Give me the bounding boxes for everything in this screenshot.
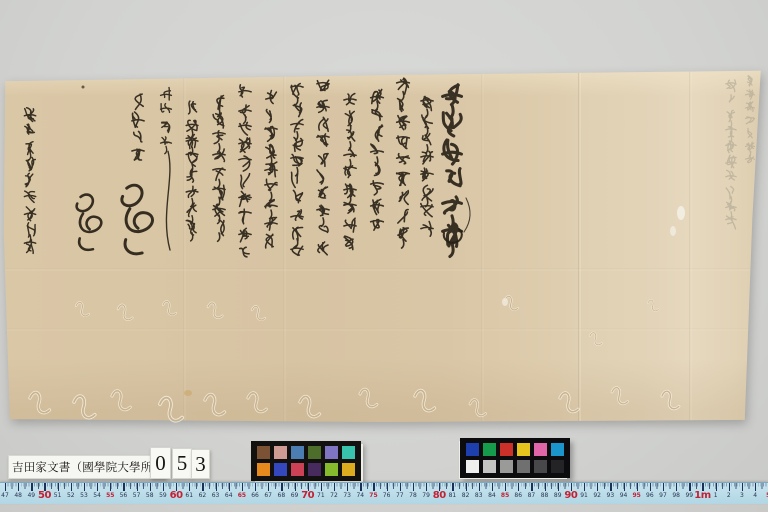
ruler-number: 94 xyxy=(620,493,628,499)
ruler-number: 54 xyxy=(93,493,101,499)
ruler-tick xyxy=(216,483,217,491)
ruler-tick xyxy=(492,483,493,491)
ruler-number: 95 xyxy=(632,493,640,499)
ruler-tick xyxy=(755,483,756,491)
ruler-tick xyxy=(242,483,243,491)
ruler-tick xyxy=(466,483,467,491)
ruler-number: 63 xyxy=(212,493,220,499)
ruler-number: 1 xyxy=(714,493,718,499)
ruler-number: 83 xyxy=(475,493,483,499)
color-chart-right xyxy=(460,438,570,478)
ruler-tick xyxy=(347,483,348,491)
color-chip xyxy=(534,460,547,473)
color-chip xyxy=(500,460,513,473)
ruler-number: 60 xyxy=(170,491,183,501)
ruler-number: 88 xyxy=(541,493,549,499)
ruler-tick xyxy=(202,483,203,491)
ruler-tick xyxy=(110,483,111,491)
ruler-number: 78 xyxy=(409,493,417,499)
ruler-number: 61 xyxy=(185,493,193,499)
color-chip xyxy=(517,460,530,473)
ruler-number: 84 xyxy=(488,493,496,499)
ruler-number: 67 xyxy=(264,493,272,499)
ruler-tick xyxy=(229,483,230,491)
ruler-tick xyxy=(150,483,151,491)
ruler-number: 72 xyxy=(330,493,338,499)
ruler-tick xyxy=(5,483,6,491)
ruler-number: 80 xyxy=(433,491,446,501)
ruler-number: 56 xyxy=(120,493,128,499)
ruler-tick xyxy=(268,483,269,491)
ruler-tick xyxy=(716,483,717,491)
ruler-number: 74 xyxy=(356,493,364,499)
ruler-number: 75 xyxy=(369,493,377,499)
ruler-tick xyxy=(58,483,59,491)
ruler-tick xyxy=(545,483,546,491)
color-chip xyxy=(466,460,479,473)
ruler-tick xyxy=(189,483,190,491)
ruler-number: 98 xyxy=(672,493,680,499)
color-chip xyxy=(483,460,496,473)
ruler-number: 58 xyxy=(146,493,154,499)
ruler-tick xyxy=(663,483,664,491)
ruler-number: 89 xyxy=(554,493,562,499)
fold-crease xyxy=(578,70,581,422)
ruler-number: 64 xyxy=(225,493,233,499)
color-chart-left xyxy=(251,441,361,481)
ruler-tick xyxy=(584,483,585,491)
color-chip xyxy=(500,443,513,456)
ruler-tick xyxy=(387,483,388,491)
color-chip xyxy=(291,446,304,459)
ruler-tick xyxy=(321,483,322,491)
color-chip xyxy=(551,443,564,456)
ruler-number: 91 xyxy=(580,493,588,499)
ruler-tick xyxy=(400,483,401,491)
ruler-tick xyxy=(84,483,85,491)
ruler-number: 57 xyxy=(133,493,141,499)
color-chip xyxy=(342,446,355,459)
archive-label-text: 吉田家文書（國學院大學所蔵） xyxy=(12,459,166,475)
ruler-number: 48 xyxy=(14,493,22,499)
color-chip xyxy=(291,463,304,476)
ruler-number: 81 xyxy=(449,493,457,499)
ruler-number: 82 xyxy=(462,493,470,499)
color-chip xyxy=(308,463,321,476)
ruler-number: 50 xyxy=(38,491,51,501)
ruler-number: 97 xyxy=(659,493,667,499)
ruler-number: 51 xyxy=(54,493,62,499)
manuscript-document xyxy=(3,70,763,422)
ruler-tick xyxy=(255,483,256,491)
catalog-number-card: 5 xyxy=(172,448,192,479)
ruler-number: 53 xyxy=(80,493,88,499)
ruler-tick xyxy=(123,483,124,491)
ruler-tick xyxy=(137,483,138,491)
ruler-tick xyxy=(373,483,374,491)
color-chip xyxy=(342,463,355,476)
ruler-tick xyxy=(426,483,427,491)
ruler-number: 86 xyxy=(514,493,522,499)
ruler-number: 55 xyxy=(106,493,114,499)
ruler-number: 47 xyxy=(1,493,9,499)
ruler-tick xyxy=(558,483,559,491)
ruler-tick xyxy=(531,483,532,491)
ruler-tick xyxy=(610,483,611,491)
measuring-tape: 4748495051525354555657585960616263646566… xyxy=(0,482,768,504)
ruler-tick xyxy=(97,483,98,491)
ruler-number: 73 xyxy=(343,493,351,499)
ruler-number: 85 xyxy=(501,493,509,499)
ruler-number: 3 xyxy=(740,493,744,499)
color-chip xyxy=(257,446,270,459)
ruler-number: 96 xyxy=(646,493,654,499)
catalog-digit: 5 xyxy=(177,451,188,476)
ruler-number: 87 xyxy=(528,493,536,499)
ruler-number: 77 xyxy=(396,493,404,499)
ruler-tick xyxy=(18,483,19,491)
fold-crease xyxy=(481,70,484,422)
ruler-tick xyxy=(413,483,414,491)
manuscript-wrap xyxy=(0,0,768,512)
photo-stage: 吉田家文書（國學院大學所蔵） 0 5 3 4748495051525354555… xyxy=(0,0,768,512)
ruler-tick xyxy=(452,483,453,491)
color-chip xyxy=(466,443,479,456)
ruler-number: 79 xyxy=(422,493,430,499)
ruler-tick xyxy=(360,483,361,491)
ruler-number: 92 xyxy=(593,493,601,499)
color-chip xyxy=(534,443,547,456)
ruler-number: 66 xyxy=(251,493,259,499)
ruler-tick xyxy=(729,483,730,491)
ruler-number: 1m xyxy=(694,491,710,501)
ruler-tick xyxy=(597,483,598,491)
ruler-number: 52 xyxy=(67,493,75,499)
ruler-tick xyxy=(650,483,651,491)
catalog-digit: 3 xyxy=(195,452,206,477)
ruler-tick xyxy=(518,483,519,491)
color-chip xyxy=(325,463,338,476)
ruler-tick xyxy=(31,483,32,491)
ruler-number: 71 xyxy=(317,493,325,499)
ruler-tick xyxy=(742,483,743,491)
ruler-number: 93 xyxy=(607,493,615,499)
ruler-number: 59 xyxy=(159,493,167,499)
fold-crease xyxy=(283,70,286,422)
catalog-number-card: 3 xyxy=(191,449,210,479)
archive-label: 吉田家文書（國學院大學所蔵） xyxy=(8,455,166,479)
ruler-number: 70 xyxy=(301,491,314,501)
color-chip xyxy=(483,443,496,456)
ruler-tick xyxy=(334,483,335,491)
ruler-number: 62 xyxy=(199,493,207,499)
fold-crease xyxy=(3,328,763,331)
ruler-tick xyxy=(163,483,164,491)
ruler-number: 65 xyxy=(238,493,246,499)
catalog-number-card: 0 xyxy=(150,447,171,479)
ruler-tick xyxy=(71,483,72,491)
ruler-tick xyxy=(295,483,296,491)
ruler-number: 76 xyxy=(383,493,391,499)
ruler-number: 90 xyxy=(564,491,577,501)
color-chip xyxy=(274,463,287,476)
ruler-number: 99 xyxy=(685,493,693,499)
color-chip xyxy=(551,460,564,473)
fold-crease xyxy=(183,70,186,422)
catalog-digit: 0 xyxy=(155,451,166,476)
ruler-number: 68 xyxy=(278,493,286,499)
fold-crease xyxy=(689,70,692,422)
color-chip xyxy=(274,446,287,459)
ruler-tick xyxy=(505,483,506,491)
ruler-tick xyxy=(637,483,638,491)
ruler-tick xyxy=(676,483,677,491)
ruler-number: 4 xyxy=(753,493,757,499)
ruler-tick xyxy=(624,483,625,491)
ruler-tick xyxy=(281,483,282,491)
ruler-number: 69 xyxy=(291,493,299,499)
color-chip xyxy=(325,446,338,459)
ruler-number: 49 xyxy=(27,493,35,499)
ruler-number: 2 xyxy=(727,493,731,499)
color-chip xyxy=(517,443,530,456)
ruler-tick xyxy=(479,483,480,491)
fold-crease xyxy=(3,268,763,271)
ruler-tick xyxy=(689,483,690,491)
color-chip xyxy=(257,463,270,476)
color-chip xyxy=(308,446,321,459)
